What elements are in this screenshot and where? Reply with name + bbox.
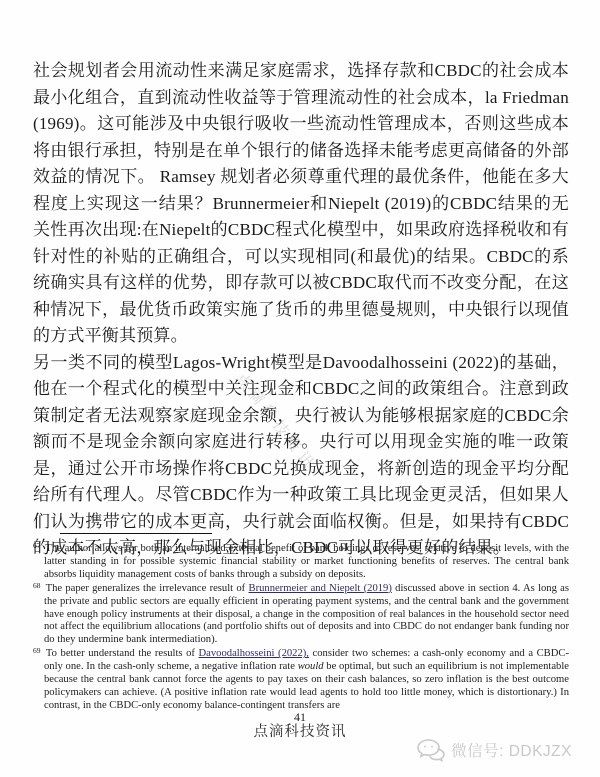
footnote-text: The paper generalizes the irrelevance re… xyxy=(46,583,249,594)
footnote-separator-rule xyxy=(60,533,212,534)
page-footer: 41 点滴科技资讯 xyxy=(0,710,600,741)
wechat-label: 微信号: DDKJZX xyxy=(451,739,572,761)
footnote-item: 67 The author allows for both an interna… xyxy=(33,543,569,582)
footnote-text: The author allows for both an internal a… xyxy=(44,543,569,580)
document-page: 点滴科技资讯 社会规划者会用流动性来满足家庭需求，选择存款和CBDC的社会成本最… xyxy=(0,0,600,777)
footnote-text: To better understand the results of xyxy=(46,648,199,659)
page-number: 41 xyxy=(0,710,600,724)
body-paragraph: 另一类不同的模型Lagos-Wright模型是Davoodalhosseini … xyxy=(33,350,569,562)
body-text: 社会规划者会用流动性来满足家庭需求，选择存款和CBDC的社会成本最小化组合，直到… xyxy=(33,58,569,562)
footnote-item: 68 The paper generalizes the irrelevance… xyxy=(33,583,569,648)
footnote-link[interactable]: Davoodalhosseini (2022), xyxy=(199,648,309,659)
footnote-number: 69 xyxy=(33,646,41,655)
body-paragraph: 社会规划者会用流动性来满足家庭需求，选择存款和CBDC的社会成本最小化组合，直到… xyxy=(33,58,569,350)
footnote-link[interactable]: Brunnermeier and Niepelt (2019) xyxy=(249,583,392,594)
footnote-italic-text: would xyxy=(298,661,324,672)
footnotes-list: 67 The author allows for both an interna… xyxy=(33,543,569,714)
footnote-number: 67 xyxy=(33,541,41,550)
wechat-icon xyxy=(416,738,446,762)
footnote-item: 69 To better understand the results of D… xyxy=(33,648,569,713)
wechat-badge: 微信号: DDKJZX xyxy=(416,738,572,762)
footnote-number: 68 xyxy=(33,581,41,590)
